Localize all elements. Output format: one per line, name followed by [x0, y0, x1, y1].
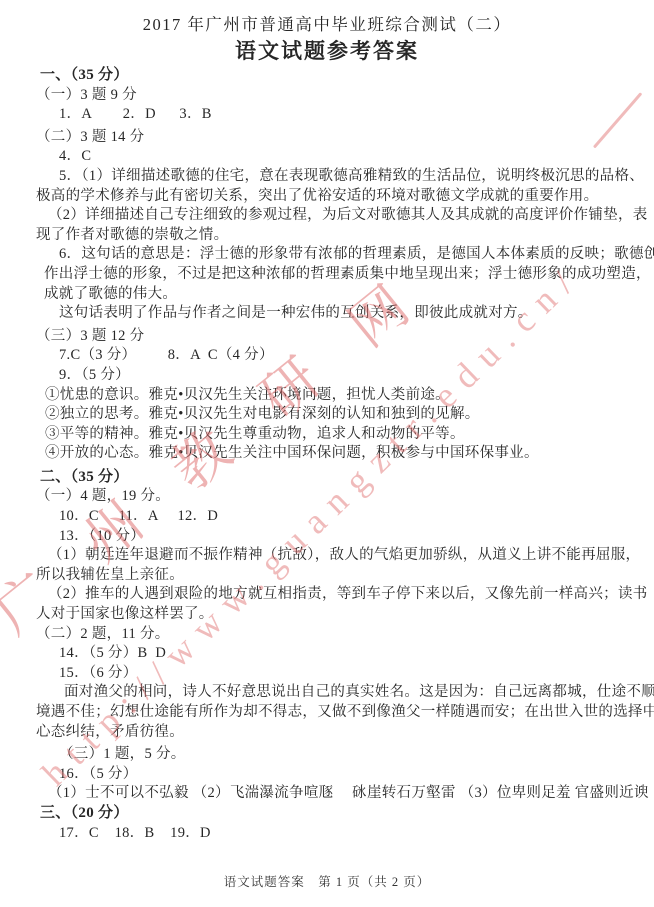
text-line: （三）1 题，5 分。 [36, 745, 630, 765]
text-line: 作出浮士德的形象，不过是把这种浓郁的哲理素质集中地呈现出来；浮士德形象的成功塑造… [36, 265, 630, 285]
text-line: 成就了歌德的伟大。 [36, 285, 630, 305]
text-line: 4．C [36, 147, 630, 167]
text-line: （1）士不可以不弘毅 （2）飞湍瀑流争喧豗 砯崖转石万壑雷 （3）位卑则足羞 官… [36, 784, 630, 804]
text-line: 现了作者对歌德的崇敬之情。 [36, 226, 630, 246]
text-line: 7.C（3 分） 8．A C（4 分） [36, 346, 630, 366]
text-line: ③平等的精神。雅克•贝汉先生尊重动物，追求人和动物的平等。 [36, 425, 630, 445]
text-line: （二）2 题，11 分。 [36, 625, 630, 645]
text-line: 17．C 18．B 19．D [36, 824, 630, 844]
text-line: 人对于国家也像这样罢了。 [36, 605, 630, 625]
doc-title: 2017 年广州市普通高中毕业班综合测试（二） [0, 14, 654, 36]
document-page: 2017 年广州市普通高中毕业班综合测试（二） 语文试题参考答案 一、（35 分… [0, 0, 654, 907]
text-line: 这句话表明了作品与作者之间是一种宏伟的互创关系，即彼此成就对方。 [36, 304, 630, 324]
text-line: 6．这句话的意思是：浮士德的形象带有浓郁的哲理素质，是德国人本体素质的反映；歌德… [36, 245, 630, 265]
text-line: 境遇不佳；幻想仕途能有所作为却不得志，又做不到像渔父一样随遇而安；在出世入世的选… [36, 703, 630, 723]
text-line: 10．C 11．A 12．D [36, 507, 630, 527]
text-line: （三）3 题 12 分 [36, 327, 630, 347]
text-line: 15．（6 分） [36, 664, 630, 684]
doc-subtitle: 语文试题参考答案 [0, 38, 654, 64]
text-line: 面对渔父的相问，诗人不好意思说出自己的真实姓名。这是因为：自己远离都城，仕途不顺… [36, 683, 630, 703]
text-line: 9．（5 分） [36, 366, 630, 386]
text-line: 极高的学术修养与此有密切关系，突出了优裕安适的环境对歌德文学成就的重要作用。 [36, 187, 630, 207]
page-footer: 语文试题答案 第 1 页（共 2 页） [0, 872, 654, 890]
text-line: 16．（5 分） [36, 765, 630, 785]
text-line: 一、（35 分） [36, 66, 630, 86]
text-line: （2）详细描述自己专注细致的参观过程，为后文对歌德其人及其成就的高度评价作铺垫，… [36, 206, 630, 226]
text-line: （一）4 题，19 分。 [36, 487, 630, 507]
text-line: 5．（1）详细描述歌德的住宅，意在表现歌德高雅精致的生活品位，说明终极沉思的品格… [36, 167, 630, 187]
text-line: 13．（10 分） [36, 527, 630, 547]
text-line: （2）推车的人遇到艰险的地方就互相指责，等到车子停下来以后，又像先前一样高兴；读… [36, 585, 630, 605]
text-line: 心态纠结，矛盾彷徨。 [36, 723, 630, 743]
text-line: 二、（35 分） [36, 468, 630, 488]
text-line: ④开放的心态。雅克•贝汉先生关注中国环保问题，积极参与中国环保事业。 [36, 444, 630, 464]
text-line: 1．A 2．D 3．B [36, 105, 630, 125]
answer-body: 一、（35 分）（一）3 题 9 分1．A 2．D 3．B（二）3 题 14 分… [36, 66, 630, 843]
text-line: ①忧患的意识。雅克•贝汉先生关注环境问题，担忧人类前途。 [36, 386, 630, 406]
document-header: 2017 年广州市普通高中毕业班综合测试（二） 语文试题参考答案 [0, 14, 654, 64]
text-line: （一）3 题 9 分 [36, 86, 630, 106]
text-line: 所以我辅佐皇上亲征。 [36, 566, 630, 586]
text-line: 14．（5 分）B D [36, 644, 630, 664]
text-line: （二）3 题 14 分 [36, 128, 630, 148]
text-line: ②独立的思考。雅克•贝汉先生对电影有深刻的认知和独到的见解。 [36, 405, 630, 425]
text-line: （1）朝廷连年退避而不振作精神（抗敌），敌人的气焰更加骄纵，从道义上讲不能再屈服… [36, 546, 630, 566]
text-line: 三、（20 分） [36, 804, 630, 824]
